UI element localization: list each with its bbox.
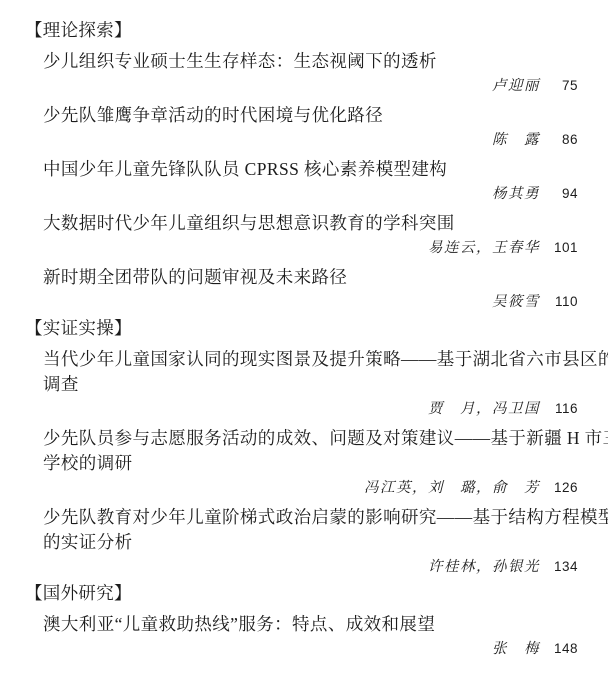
article-byline: 卢迎丽75 xyxy=(0,78,608,94)
section-label: 【理论探索】 xyxy=(25,21,608,40)
article-authors: 张 梅 xyxy=(492,641,540,657)
toc-entry: 少先队教育对少年儿童阶梯式政治启蒙的影响研究——基于结构方程模型 的实证分析 许… xyxy=(0,505,608,575)
article-authors: 卢迎丽 xyxy=(492,78,540,94)
article-byline: 许桂林，孙银光134 xyxy=(0,559,608,575)
article-page-number: 134 xyxy=(553,559,578,575)
toc-entry: 少先队雏鹰争章活动的时代困境与优化路径 陈 露86 xyxy=(0,103,608,148)
article-page-number: 126 xyxy=(553,480,578,496)
article-title: 少儿组织专业硕士生生存样态：生态视阈下的透析 xyxy=(43,49,580,74)
section-label: 【国外研究】 xyxy=(25,584,608,603)
article-title: 少先队教育对少年儿童阶梯式政治启蒙的影响研究——基于结构方程模型 xyxy=(43,505,580,530)
toc-page: 【理论探索】 少儿组织专业硕士生生存样态：生态视阈下的透析 卢迎丽75 少先队雏… xyxy=(0,0,608,695)
article-page-number: 116 xyxy=(553,401,578,417)
article-page-number: 110 xyxy=(553,294,578,310)
section-empirical-practice: 【实证实操】 当代少年儿童国家认同的现实图景及提升策略——基于湖北省六市县区的 … xyxy=(0,319,608,575)
article-title: 当代少年儿童国家认同的现实图景及提升策略——基于湖北省六市县区的 xyxy=(43,347,580,372)
article-title: 少先队雏鹰争章活动的时代困境与优化路径 xyxy=(43,103,580,128)
toc-entry: 新时期全团带队的问题审视及未来路径 吴筱雪110 xyxy=(0,265,608,310)
article-authors: 吴筱雪 xyxy=(492,294,540,310)
article-page-number: 86 xyxy=(553,132,578,148)
section-foreign-research: 【国外研究】 澳大利亚“儿童救助热线”服务：特点、成效和展望 张 梅148 xyxy=(0,584,608,657)
article-byline: 吴筱雪110 xyxy=(0,294,608,310)
article-title: 中国少年儿童先锋队队员 CPRSS 核心素养模型建构 xyxy=(43,157,580,182)
article-byline: 张 梅148 xyxy=(0,641,608,657)
article-title-continued: 学校的调研 xyxy=(43,451,580,476)
article-title-continued: 的实证分析 xyxy=(43,530,580,555)
toc-entry: 少先队员参与志愿服务活动的成效、问题及对策建议——基于新疆 H 市三所 学校的调… xyxy=(0,426,608,496)
article-page-number: 75 xyxy=(553,78,578,94)
article-title: 澳大利亚“儿童救助热线”服务：特点、成效和展望 xyxy=(43,612,580,637)
article-title: 新时期全团带队的问题审视及未来路径 xyxy=(43,265,580,290)
article-authors: 贾 月，冯卫国 xyxy=(428,401,540,417)
toc-entry: 中国少年儿童先锋队队员 CPRSS 核心素养模型建构 杨其勇94 xyxy=(0,157,608,202)
section-label: 【实证实操】 xyxy=(25,319,608,338)
article-title: 大数据时代少年儿童组织与思想意识教育的学科突围 xyxy=(43,211,580,236)
article-byline: 陈 露86 xyxy=(0,132,608,148)
toc-entry: 大数据时代少年儿童组织与思想意识教育的学科突围 易连云，王春华101 xyxy=(0,211,608,256)
article-byline: 易连云，王春华101 xyxy=(0,240,608,256)
article-page-number: 101 xyxy=(553,240,578,256)
article-authors: 杨其勇 xyxy=(492,186,540,202)
toc-entry: 当代少年儿童国家认同的现实图景及提升策略——基于湖北省六市县区的 调查 贾 月，… xyxy=(0,347,608,417)
article-title: 少先队员参与志愿服务活动的成效、问题及对策建议——基于新疆 H 市三所 xyxy=(43,426,580,451)
article-authors: 许桂林，孙银光 xyxy=(428,559,540,575)
article-authors: 易连云，王春华 xyxy=(428,240,540,256)
article-title-continued: 调查 xyxy=(43,372,580,397)
section-theory-exploration: 【理论探索】 少儿组织专业硕士生生存样态：生态视阈下的透析 卢迎丽75 少先队雏… xyxy=(0,21,608,310)
toc-entry: 澳大利亚“儿童救助热线”服务：特点、成效和展望 张 梅148 xyxy=(0,612,608,657)
article-byline: 冯江英，刘 璐，俞 芳126 xyxy=(0,480,608,496)
toc-entry: 少儿组织专业硕士生生存样态：生态视阈下的透析 卢迎丽75 xyxy=(0,49,608,94)
article-byline: 杨其勇94 xyxy=(0,186,608,202)
article-authors: 冯江英，刘 璐，俞 芳 xyxy=(364,480,540,496)
article-page-number: 94 xyxy=(553,186,578,202)
article-byline: 贾 月，冯卫国116 xyxy=(0,401,608,417)
article-authors: 陈 露 xyxy=(492,132,540,148)
article-page-number: 148 xyxy=(553,641,578,657)
